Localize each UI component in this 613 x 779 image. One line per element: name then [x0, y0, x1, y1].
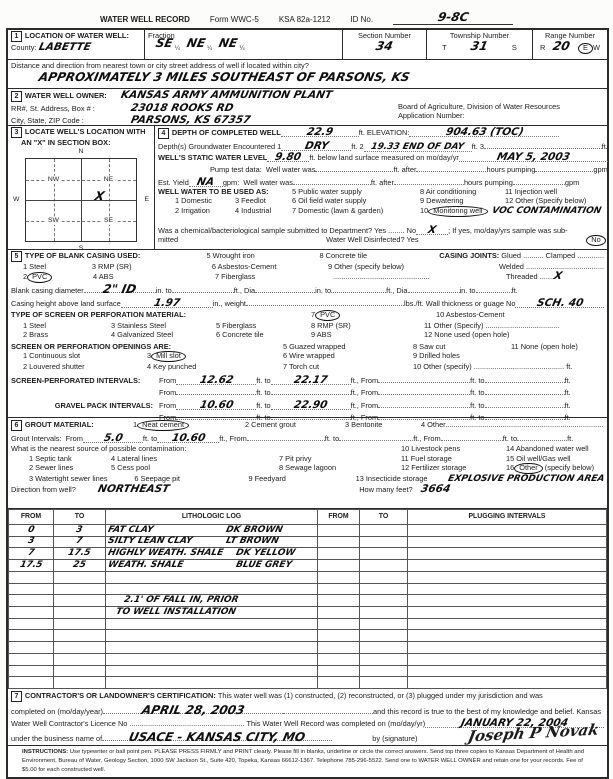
opening-2: 2 Louvered shutter — [23, 362, 147, 371]
contam-7: 7 Pit privy — [279, 454, 401, 463]
screen-material-7-circled: PVC — [315, 310, 340, 321]
use-option-1: 1 Domestic — [175, 196, 235, 205]
section-3-title-1: LOCATE WELL'S LOCATION WITH — [25, 127, 146, 136]
contam-8: 8 Sewage lagoon — [279, 463, 401, 472]
fall-in-note-1: 2.1' OF FALL IN, PRIOR — [123, 596, 239, 605]
contam-1: 1 Septic tank — [29, 454, 111, 463]
sample-question: Was a chemical/bacteriological sample su… — [158, 226, 416, 235]
use-option-10-circled: Monitoring well — [428, 206, 487, 217]
gravel-pack-to: 22.90 — [293, 400, 328, 411]
contamination-source-note: EXPLOSIVE PRODUCTION AREA — [447, 475, 605, 484]
distance-value: APPROXIMATELY 3 MILES SOUTHEAST OF PARSO… — [38, 71, 411, 83]
threaded-x: X — [553, 271, 563, 282]
address-label: RR#, St. Address, Box # : — [11, 104, 131, 113]
section-number-value: 34 — [375, 40, 394, 52]
opening-1: 1 Continuous slot — [23, 351, 147, 360]
litho-note-row: 2.1' OF FALL IN, PRIOR — [9, 595, 607, 607]
litho-row: 17.5 25 WEATH. SHALEBLUE GREY — [9, 560, 607, 572]
openings-title: SCREEN OR PERFORATION OPENINGS ARE: — [11, 342, 283, 351]
litho-color: DK BROWN — [225, 526, 283, 535]
disinfected-no-circled: No — [586, 235, 605, 246]
screen-material-2: 2 Brass — [23, 330, 111, 339]
litho-color: LT BROWN — [225, 537, 279, 546]
casing-option-5: 5 Wrought iron — [206, 251, 319, 260]
litho-color: DK YELLOW — [235, 549, 296, 558]
quadrant-ne: NE — [102, 176, 115, 184]
quadrant-se: SE — [102, 217, 115, 225]
litho-from: 7 — [27, 549, 35, 558]
casing-option-1: 1 Steel — [23, 262, 92, 271]
form-body: 1LOCATION OF WATER WELL: County: LABETTE… — [6, 28, 609, 779]
section-7-certification: 7 CONTRACTOR'S OR LANDOWNER'S CERTIFICAT… — [8, 689, 607, 746]
grout-4: 4 Other.................................… — [421, 420, 603, 429]
form-title: WATER WELL RECORD — [100, 15, 190, 25]
yield-value: NA — [196, 177, 215, 188]
id-blank: 9-8C — [393, 11, 513, 25]
opening-3-circled: Mill slot — [151, 351, 186, 362]
section-2-owner: 2WATER WELL OWNER: KANSAS ARMY AMMUNITIO… — [8, 89, 607, 126]
groundwater-label: Depth(s) Groundwater Encountered — [158, 142, 275, 151]
form-number: Form WWC-5 — [210, 15, 259, 25]
use-option-6: 6 Oil field water supply — [292, 196, 420, 205]
col-to-1: TO — [54, 510, 106, 525]
litho-desc: SILTY LEAN CLAY — [107, 537, 227, 546]
township-value: 31 — [470, 40, 489, 52]
direction-value: NORTHEAST — [97, 484, 171, 495]
grout-intervals-label: Grout Intervals: — [11, 434, 62, 443]
county-value: LABETTE — [37, 42, 91, 53]
use-option-5: 5 Public water supply — [292, 187, 420, 196]
casing-diameter-value: 2" ID — [102, 283, 138, 295]
casing-option-6: 6 Asbestos-Cement — [212, 262, 328, 271]
litho-row: 3 7 SILTY LEAN CLAYLT BROWN — [9, 536, 607, 548]
compass-n: N — [79, 148, 84, 156]
contam-13: 13 Insecticide storage — [356, 474, 448, 483]
fraction-3: NE — [218, 37, 239, 49]
col-to-2: TO — [360, 510, 408, 525]
use-option-2: 2 Irrigation — [175, 206, 235, 215]
screen-material-5: 5 Fiberglass — [216, 321, 311, 330]
depth-label: DEPTH OF COMPLETED WELL — [172, 128, 281, 137]
opening-4: 4 Key punched — [147, 362, 283, 371]
fraction-1: SE — [155, 37, 174, 49]
elevation-value: 904.63 (TOC) — [444, 127, 524, 138]
section-3-number: 3 — [11, 127, 22, 138]
sample-no-x: X — [427, 225, 437, 236]
address-value: 23018 ROOKS RD — [130, 103, 235, 114]
casing-option-4: 4 ABS — [93, 272, 215, 281]
section-3-4-row: 3LOCATE WELL'S LOCATION WITH AN "X" IN S… — [8, 126, 607, 250]
id-label: ID No. — [350, 15, 373, 25]
groundwater-1: DRY — [303, 141, 329, 152]
depth-value: 22.9 — [306, 127, 334, 138]
yield-label: Est. Yield — [158, 178, 189, 187]
screen-material-10: 10 Asbestos-Cement — [436, 310, 505, 319]
use-label: WELL WATER TO BE USED AS: — [158, 187, 292, 196]
screen-material-12: 12 None used (open hole) — [424, 330, 509, 339]
contamination-question: What is the nearest source of possible c… — [11, 444, 401, 453]
compass-e: E — [144, 196, 149, 204]
distance-row: Distance and direction from nearest town… — [8, 60, 607, 89]
owner-label: WATER WELL OWNER: — [25, 91, 107, 100]
instructions-text: Use typewriter or ball point pen. PLEASE… — [22, 749, 584, 773]
casing-option-9: 9 Other (specify below) — [328, 262, 451, 271]
contam-9: 9 Feedyard — [249, 474, 356, 483]
screen-intervals-label: SCREEN-PERFORATED INTERVALS: — [11, 376, 159, 385]
certification-title: CONTRACTOR'S OR LANDOWNER'S CERTIFICATIO… — [25, 691, 216, 700]
fraction-2: NE — [186, 37, 207, 49]
litho-desc: WEATH. SHALE — [107, 561, 237, 570]
use-option-12: 12 Other (Specify below) — [505, 196, 586, 205]
grout-to: 10.60 — [171, 433, 206, 444]
litho-desc: HIGHLY WEATH. SHALE — [107, 549, 237, 558]
casing-title: TYPE OF BLANK CASING USED: — [25, 251, 140, 260]
measured-date: MAY 5, 2003 — [496, 152, 571, 163]
litho-note-row: TO WELL INSTALLATION — [9, 606, 607, 618]
screen-material-6: 6 Concrete tile — [216, 330, 311, 339]
section-1-location: 1LOCATION OF WATER WELL: County: LABETTE… — [8, 30, 607, 60]
litho-from: 3 — [27, 537, 35, 546]
instructions-label: INSTRUCTIONS: — [22, 749, 68, 755]
opening-7: 7 Torch cut — [283, 362, 413, 371]
screen-material-9: 9 ABS — [311, 330, 424, 339]
screen-material-4: 4 Galvanized Steel — [111, 330, 216, 339]
grout-1-circled: Neat cement — [137, 420, 189, 431]
litho-to: 17.5 — [67, 549, 91, 558]
col-plugging-intervals: PLUGGING INTERVALS — [408, 510, 607, 525]
col-from-1: FROM — [9, 510, 54, 525]
section-3-title-2: AN "X" IN SECTION BOX: — [11, 138, 151, 147]
section-1-number: 1 — [11, 31, 22, 42]
use-option-4: 4 Industrial — [235, 206, 292, 215]
grout-2: 2 Cement grout — [245, 420, 345, 429]
grout-3: 3 Bentonite — [345, 420, 421, 429]
screen-interval-from: 12.62 — [199, 375, 234, 386]
casing-option-2-circled: PVC — [27, 272, 52, 283]
range-value: 20 — [552, 40, 571, 52]
casing-joints-label: CASING JOINTS: — [439, 251, 499, 260]
casing-diameter-label: Blank casing diameter — [11, 286, 84, 295]
section-6-grout-contamination: 6GROUT MATERIAL: 1Neat cement 2 Cement g… — [8, 418, 607, 509]
litho-desc: FAT CLAY — [107, 526, 227, 535]
section-5-number: 5 — [11, 251, 22, 262]
lithologic-log-table: FROM TO LITHOLOGIC LOG FROM TO PLUGGING … — [8, 509, 607, 689]
section-7-number: 7 — [11, 691, 22, 702]
litho-to: 3 — [75, 526, 83, 535]
use-other-note: VOC CONTAMINATION — [491, 207, 602, 216]
col-from-2: FROM — [318, 510, 360, 525]
disinfected-question: Water Well Disinfected? Yes — [326, 235, 418, 244]
completed-date: APRIL 28, 2003 — [141, 704, 246, 716]
screen-interval-to: 22.17 — [293, 375, 328, 386]
use-option-3: 3 Feedlot — [235, 196, 292, 205]
section-2-number: 2 — [11, 91, 22, 102]
pump-test-label: Pump test data: — [210, 165, 262, 174]
opening-11: 11 None (open hole) — [511, 342, 578, 351]
contam-5: 5 Cess pool — [111, 463, 279, 472]
city-label: City, State, ZIP Code : — [11, 116, 131, 125]
contam-16-circled: Other — [514, 463, 542, 474]
grout-from: 5.0 — [102, 433, 123, 444]
contam-2: 2 Sewer lines — [29, 463, 111, 472]
groundwater-2: 19.33 END OF DAY — [370, 143, 465, 152]
application-number-label: Application Number: — [398, 111, 603, 120]
contam-6: 6 Seepage pit — [134, 474, 248, 483]
section-5-casing-screen: 5TYPE OF BLANK CASING USED: 5 Wrought ir… — [8, 250, 607, 418]
opening-9: 9 Drilled holes — [413, 351, 460, 360]
litho-to: 7 — [75, 537, 83, 546]
opening-8: 8 Saw cut — [413, 342, 511, 351]
section-4-well-data: 4 DEPTH OF COMPLETED WELL 22.9 ft. ELEVA… — [155, 126, 611, 249]
opening-10: 10 Other (specify) .....................… — [413, 362, 572, 371]
litho-to: 25 — [72, 561, 86, 570]
use-option-7: 7 Domestic (lawn & garden) — [292, 206, 420, 215]
opening-6: 6 Wire wrapped — [283, 351, 413, 360]
static-level-value: 9.80 — [274, 152, 302, 163]
casing-height-value: 1.97 — [153, 298, 181, 309]
board-of-agriculture-note: Board of Agriculture, Division of Water … — [398, 102, 603, 111]
contam-3: 3 Watertight sewer lines — [29, 474, 134, 483]
water-well-record-scan: WATER WELL RECORD Form WWC-5 KSA 82a-121… — [0, 0, 613, 779]
grout-title: GROUT MATERIAL: — [25, 420, 94, 429]
litho-from: 17.5 — [19, 561, 43, 570]
section-1-title: LOCATION OF WATER WELL: — [25, 31, 129, 40]
contam-11: 11 Fuel storage — [401, 454, 506, 463]
section-6-number: 6 — [11, 420, 22, 431]
screen-material-1: 1 Steel — [23, 321, 111, 330]
feet-label: How many feet? — [359, 485, 412, 494]
use-option-11: 11 Injection well — [505, 187, 557, 196]
feet-value: 3664 — [420, 484, 451, 495]
litho-color: BLUE GREY — [235, 561, 293, 570]
casing-height-label: Casing height above land surface — [11, 299, 121, 308]
instructions-block: INSTRUCTIONS: Use typewriter or ball poi… — [8, 746, 607, 777]
casing-option-3: 3 RMP (SR) — [92, 262, 212, 271]
opening-5: 5 Guazed wrapped — [283, 342, 413, 351]
elevation-label: ft. ELEVATION: — [359, 128, 410, 137]
contam-10: 10 Livestock pens — [401, 444, 506, 453]
casing-option-7: 7 Fiberglass — [215, 272, 333, 281]
screen-material-8: 8 RMP (SR) — [311, 321, 424, 330]
screen-material-11: 11 Other (Specify) .....................… — [424, 321, 559, 330]
id-value: 9-8C — [437, 11, 470, 23]
quadrant-sw: SW — [46, 217, 61, 225]
litho-row: 0 3 FAT CLAYDK BROWN — [9, 524, 607, 536]
contam-12: 12 Fertilizer storage — [401, 463, 506, 472]
use-option-9: 9 Dewatering — [420, 196, 505, 205]
county-label: County: — [11, 43, 36, 52]
form-header: WATER WELL RECORD Form WWC-5 KSA 82a-121… — [100, 11, 605, 25]
owner-value: KANSAS ARMY AMMUNITION PLANT — [120, 90, 333, 101]
fall-in-note-2: TO WELL INSTALLATION — [115, 608, 237, 617]
section-box-diagram: N S W E NW NE SW SE X — [11, 149, 151, 251]
screen-material-title: TYPE OF SCREEN OR PERFORATION MATERIAL: — [11, 310, 311, 319]
litho-from: 0 — [27, 526, 35, 535]
section-4-number: 4 — [158, 128, 169, 139]
contam-15: 15 Oil well/Gas well — [506, 454, 570, 463]
section-3-location-box: 3LOCATE WELL'S LOCATION WITH AN "X" IN S… — [8, 126, 155, 249]
direction-label: Direction from well? — [11, 485, 76, 494]
city-value: PARSONS, KS 67357 — [130, 115, 252, 126]
statute-ref: KSA 82a-1212 — [279, 15, 331, 25]
litho-row: 7 17.5 HIGHLY WEATH. SHALEDK YELLOW — [9, 548, 607, 560]
casing-option-8: 8 Concrete tile — [320, 251, 440, 260]
gravel-pack-label: GRAVEL PACK INTERVALS: — [11, 401, 159, 410]
quadrant-nw: NW — [46, 176, 61, 184]
col-lithologic-log: LITHOLOGIC LOG — [106, 510, 318, 525]
range-east-circled: E — [578, 43, 593, 54]
static-level-label: WELL'S STATIC WATER LEVEL — [158, 153, 267, 162]
use-option-8: 8 Air conditioning — [420, 187, 505, 196]
distance-label: Distance and direction from nearest town… — [11, 61, 604, 70]
compass-w: W — [13, 196, 19, 204]
screen-material-3: 3 Stainless Steel — [111, 321, 216, 330]
contam-14: 14 Abandoned water well — [506, 444, 589, 453]
wall-thickness-value: SCH. 40 — [535, 298, 584, 309]
gravel-pack-from: 10.60 — [199, 400, 234, 411]
contam-4: 4 Lateral lines — [111, 454, 279, 463]
business-name: USACE - KANSAS CITY, MO — [128, 731, 307, 743]
